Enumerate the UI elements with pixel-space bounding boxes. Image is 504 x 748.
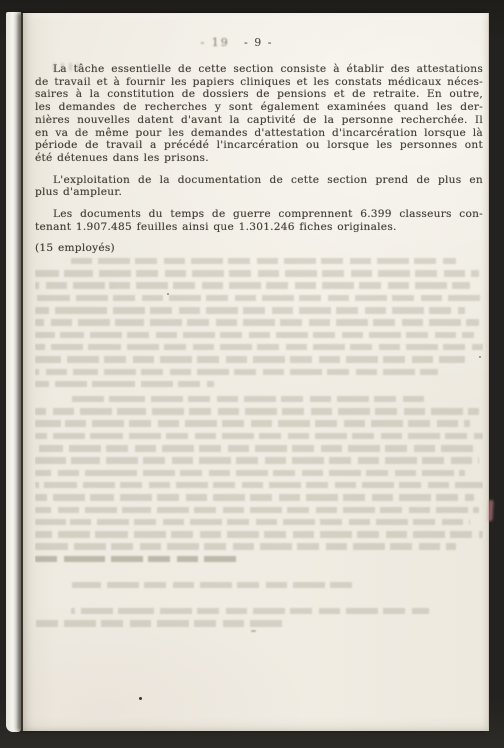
ink-speck — [139, 697, 142, 700]
text-line: été détenues dans les prisons. — [35, 152, 483, 165]
bleedthrough-line — [35, 341, 483, 353]
faint-pencil-smudge — [53, 63, 79, 71]
bleedthrough-line — [35, 479, 483, 491]
text-line: L'exploitation de la documentation de ce… — [35, 174, 483, 187]
text-line: plus d'ampleur. — [35, 186, 483, 199]
text-line: période de travail a précédé l'incarcéra… — [35, 139, 483, 152]
page-number: - 9 - — [244, 36, 273, 49]
bleedthrough-line — [35, 491, 483, 503]
bleedthrough-line — [35, 430, 483, 442]
text-line: tenant 1.907.485 feuilles ainsi que 1.30… — [35, 221, 483, 234]
page-header: - 19 - 9 - — [23, 36, 488, 49]
bleedthrough-line — [35, 267, 483, 279]
bleedthrough-line — [35, 280, 483, 292]
bleedthrough-line — [35, 516, 483, 528]
typed-text-body: La tâche essentielle de cette section co… — [35, 63, 483, 264]
paragraph-document-counts: Les documents du temps de guerre compren… — [35, 208, 483, 233]
bleedthrough-line — [35, 442, 483, 454]
bleedthrough-line — [35, 353, 483, 365]
bleedthrough-paragraph — [35, 579, 483, 591]
bleedthrough-line — [35, 316, 483, 328]
bleedthrough-line — [35, 405, 483, 417]
text-line: saires à la constitution de dossiers de … — [35, 88, 483, 101]
paragraph-exploitation: L'exploitation de la documentation de ce… — [35, 174, 483, 199]
ink-speck — [167, 293, 169, 295]
bleedthrough-line — [35, 541, 483, 553]
bleedthrough-paragraph — [35, 605, 483, 630]
bleedthrough-line — [35, 553, 483, 565]
bleedthrough-line — [35, 418, 483, 430]
document-page: - 19 - 9 - La tâche essentielle de cette… — [21, 13, 489, 731]
text-line: (15 employés) — [35, 242, 483, 255]
bleedthrough-line — [35, 393, 483, 405]
paragraph-employees: (15 employés) — [35, 242, 483, 255]
bleedthrough-paragraph — [35, 255, 483, 390]
bleedthrough-line — [35, 454, 483, 466]
text-line: Les documents du temps de guerre compren… — [35, 208, 483, 221]
bleedthrough-line — [35, 304, 483, 316]
bleedthrough-line — [35, 579, 483, 591]
scanned-document-photo: - 19 - 9 - La tâche essentielle de cette… — [0, 0, 504, 748]
bleedthrough-line — [35, 605, 483, 617]
bleedthrough-line — [35, 528, 483, 540]
text-line: de travail et à fournir les papiers clin… — [35, 76, 483, 89]
bleedthrough-line — [35, 378, 483, 390]
pink-edge-mark — [487, 500, 493, 521]
bleedthrough-line — [35, 366, 483, 378]
text-line: en va de même pour les demandes d'attest… — [35, 127, 483, 140]
bleedthrough-line — [35, 467, 483, 479]
ink-speck — [251, 630, 256, 632]
erased-page-number: - 19 — [201, 36, 230, 49]
bleedthrough-line — [35, 329, 483, 341]
underlying-page-edge — [6, 12, 21, 732]
bleedthrough-paragraph — [35, 393, 483, 565]
ink-speck — [479, 356, 481, 358]
paragraph-section-duties: La tâche essentielle de cette section co… — [35, 63, 483, 165]
bleedthrough-line — [35, 504, 483, 516]
bleedthrough-line — [35, 292, 483, 304]
text-line: les demandes de recherches y sont égalem… — [35, 101, 483, 114]
text-line: La tâche essentielle de cette section co… — [35, 63, 483, 76]
text-line: nières nouvelles datent d'avant la capti… — [35, 114, 483, 127]
bleedthrough-line — [35, 617, 483, 629]
